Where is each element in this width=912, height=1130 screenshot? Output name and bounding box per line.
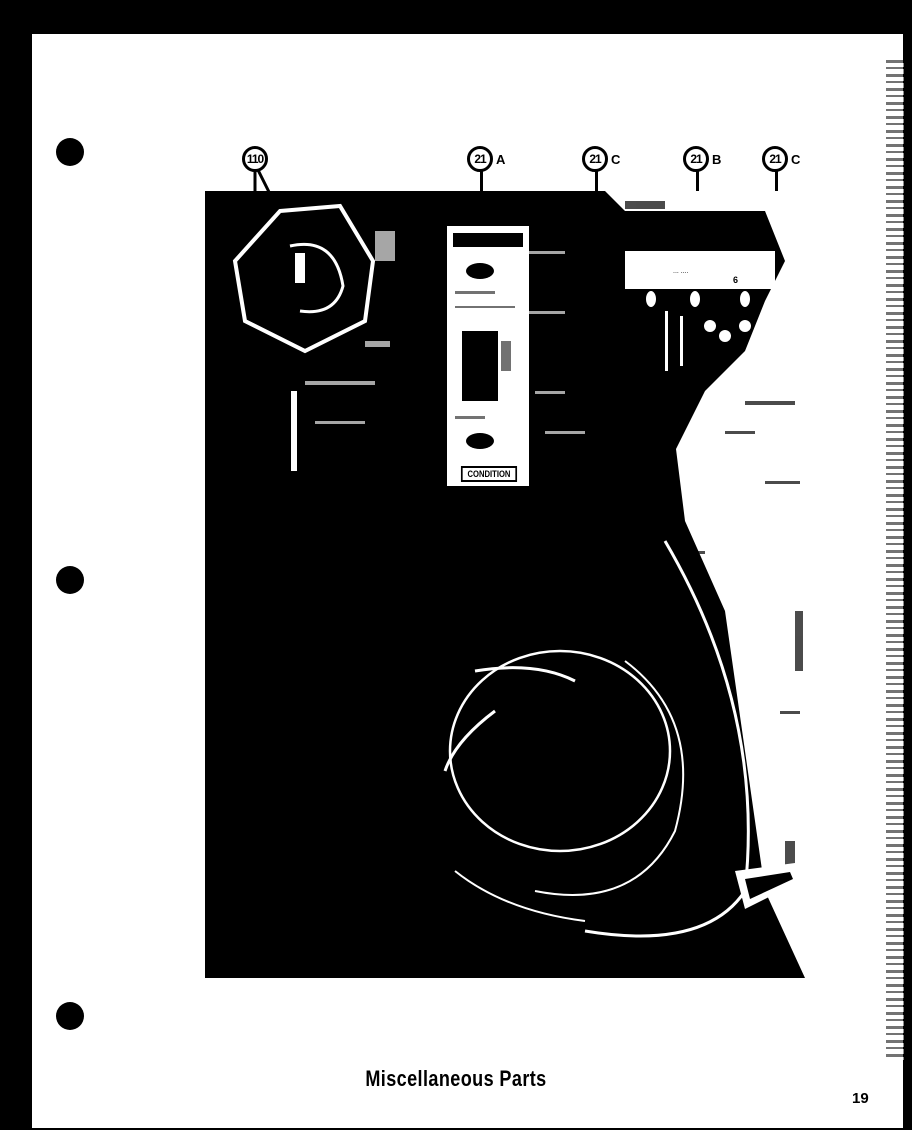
callout-bubble: 110 [242,146,268,172]
control-panel-label: CONDITION [461,466,517,482]
callout-21a: 21 A [467,144,505,174]
punch-hole-bottom [56,1002,84,1030]
svg-text:6: 6 [733,275,738,285]
punch-hole-top [56,138,84,166]
callout-suffix: C [791,152,800,167]
callout-suffix: B [712,152,721,167]
callout-bubble: 21 [467,146,493,172]
callout-21b: 21 B [683,144,721,174]
svg-text:... ....: ... .... [673,268,689,275]
callout-bubble: 21 [683,146,709,172]
page-number: 19 [852,1090,869,1107]
callout-suffix: A [496,152,505,167]
punch-hole-middle [56,566,84,594]
photo-artwork: ... .... 6 [205,191,810,978]
callout-bubble: 21 [762,146,788,172]
callout-21c-left: 21 C [582,144,620,174]
scan-edge-noise [886,60,904,1060]
page-title: Miscellaneous Parts [82,1066,830,1092]
callout-21c-right: 21 C [762,144,800,174]
parts-photograph: ... .... 6 [205,191,810,978]
callout-bubble: 21 [582,146,608,172]
callout-suffix: C [611,152,620,167]
